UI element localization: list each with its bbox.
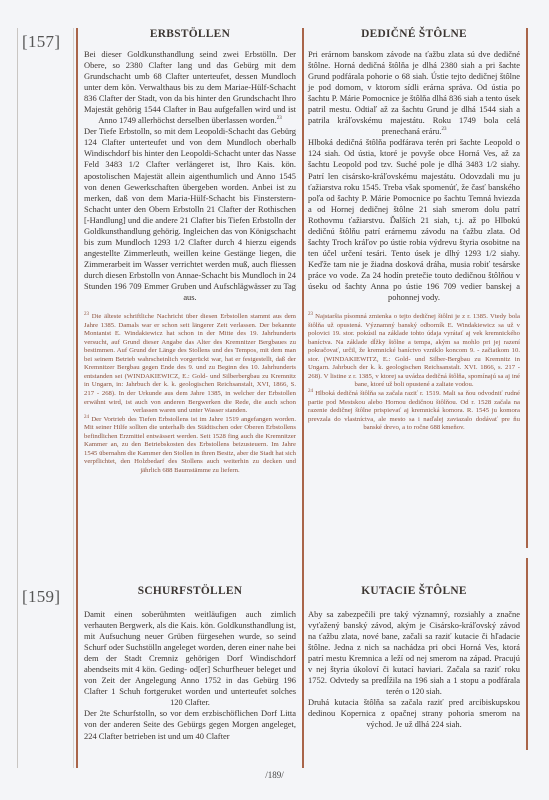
right-column-rule-bottom	[526, 558, 528, 750]
footnotes: 23 Najstaršia písomná zmienka o tejto de…	[308, 313, 520, 433]
body-paragraph: Hlboká dedičná štôlňa podfárava terén pr…	[308, 137, 520, 303]
body-paragraph: Pri erárnom banskom závode na ťažbu zlat…	[308, 49, 520, 137]
footnote: 23 Die älteste schriftliche Nachricht üb…	[84, 313, 296, 416]
slovak-column-section-159: KUTACIE ŠTÔLNE Aby sa zabezpečili pre ta…	[308, 585, 520, 731]
right-column-rule-top	[526, 28, 528, 548]
footnote: 24 Der Vortrieb des Tiefen Erbstollens i…	[84, 416, 296, 476]
section-body: Bei dieser Goldkunsthandlung seind zwei …	[84, 49, 296, 303]
section-heading: KUTACIE ŠTÔLNE	[308, 585, 520, 597]
left-column-rule	[76, 28, 78, 768]
section-body: Damit einen soberühmten weitläufigen auc…	[84, 609, 296, 742]
german-column-section-157: ERBSTÖLLEN Bei dieser Goldkunsthandlung …	[84, 28, 296, 475]
left-margin-rule	[17, 28, 18, 768]
middle-column-rule	[302, 28, 304, 768]
section-heading: DEDIČNÉ ŠTÔLNE	[308, 28, 520, 40]
body-paragraph: Druhá kutacia štôlňa sa začala raziť pre…	[308, 697, 520, 730]
section-number: [159]	[22, 587, 60, 607]
footnotes: 23 Die älteste schriftliche Nachricht üb…	[84, 313, 296, 475]
section-body: Pri erárnom banskom závode na ťažbu zlat…	[308, 49, 520, 303]
footnote: 23 Najstaršia písomná zmienka o tejto de…	[308, 313, 520, 390]
slovak-column-section-157: DEDIČNÉ ŠTÔLNE Pri erárnom banskom závod…	[308, 28, 520, 433]
footnote-mark[interactable]: 23	[277, 116, 282, 121]
body-paragraph: Der 2te Schurfstolln, so vor dem erzbisc…	[84, 708, 296, 741]
number-column-rule	[73, 28, 74, 768]
section-heading: ERBSTÖLLEN	[84, 28, 296, 40]
footnote-mark[interactable]: 23	[441, 128, 446, 133]
section-heading: SCHURFSTÖLLEN	[84, 585, 296, 597]
page-number-footer: /189/	[0, 770, 549, 780]
section-number: [157]	[22, 32, 60, 52]
footnote: 24 Hlboká dedičná štôlňa sa začala raziť…	[308, 390, 520, 433]
body-paragraph: Aby sa zabezpečili pre taký významný, ro…	[308, 609, 520, 697]
german-column-section-159: SCHURFSTÖLLEN Damit einen soberühmten we…	[84, 585, 296, 742]
body-paragraph: Bei dieser Goldkunsthandlung seind zwei …	[84, 49, 296, 126]
body-paragraph: Damit einen soberühmten weitläufigen auc…	[84, 609, 296, 708]
section-body: Aby sa zabezpečili pre taký významný, ro…	[308, 609, 520, 731]
body-paragraph: Der Tiefe Erbstolln, so mit dem Leopoldi…	[84, 126, 296, 303]
